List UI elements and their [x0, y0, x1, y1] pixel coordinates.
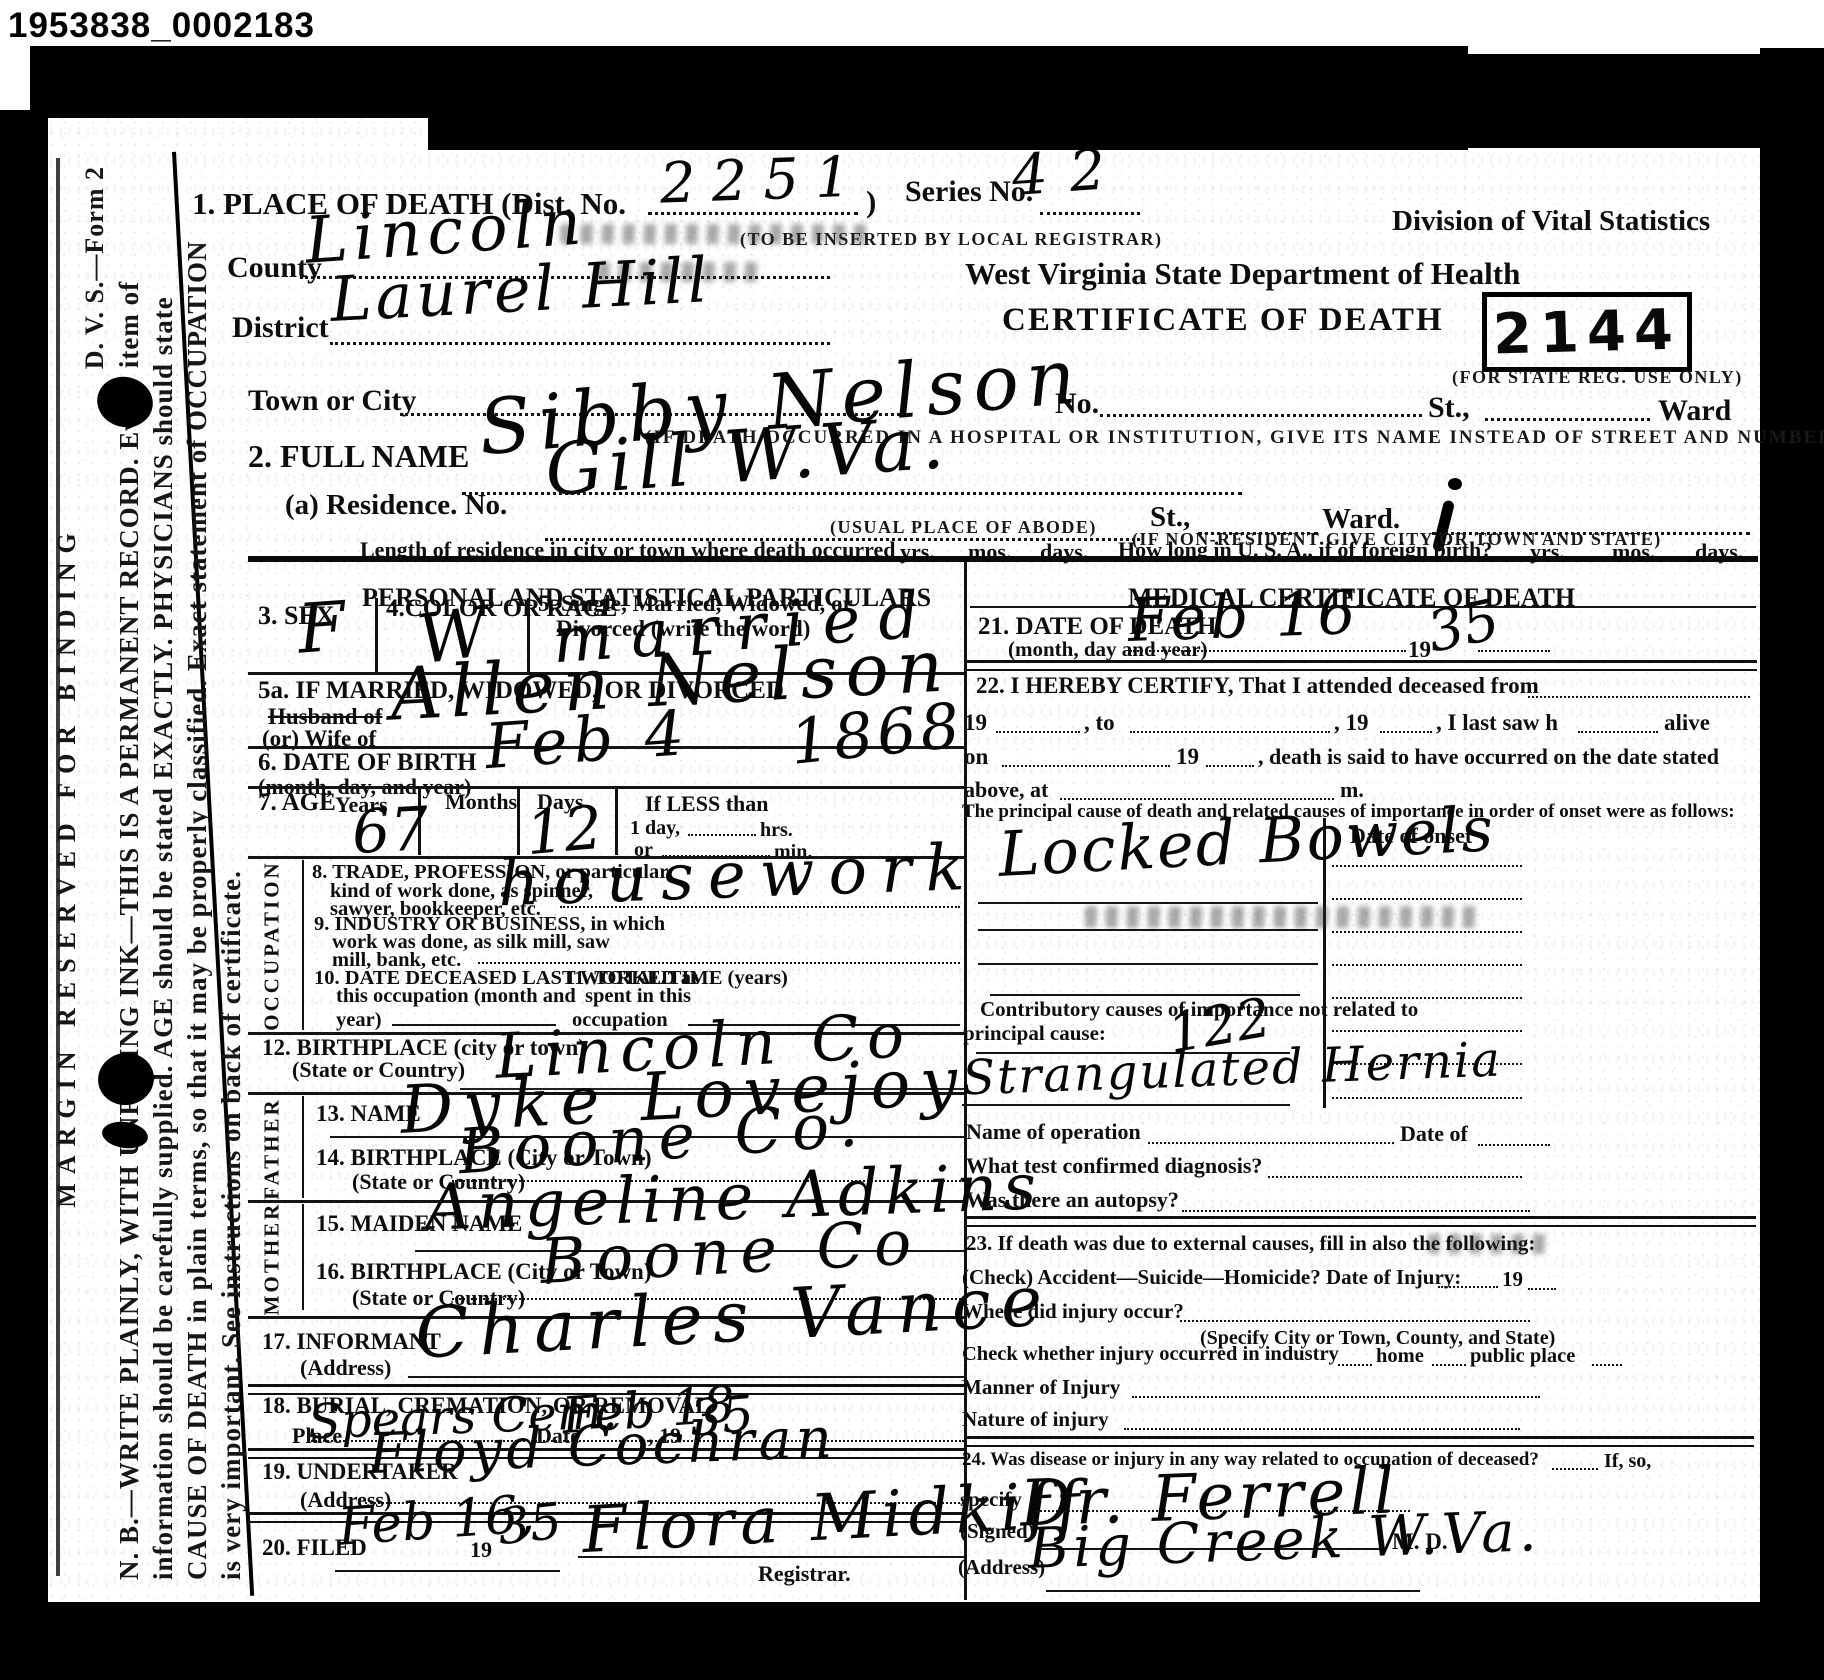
- cell-divider: [375, 598, 378, 672]
- onset-line: [1332, 1097, 1522, 1099]
- close-paren: ): [866, 186, 876, 219]
- section-rule: [964, 1436, 1754, 1447]
- leader-line: [1478, 1144, 1550, 1146]
- father-side-label: FATHER: [246, 1096, 298, 1200]
- ink-smudge: [1448, 478, 1462, 490]
- last-worked-label-l3: year): [336, 1010, 382, 1032]
- margin-nb-line2: information should be carefully supplied…: [148, 152, 179, 1580]
- leader-line: [1124, 1428, 1520, 1430]
- certify-alive-label: alive: [1664, 711, 1710, 735]
- if-less-label: If LESS than: [645, 792, 769, 815]
- manner-injury-label: Manner of Injury: [962, 1376, 1120, 1398]
- faded-stamp: [560, 224, 870, 244]
- leader-line: [1180, 1320, 1530, 1322]
- district-number-value: 2251: [659, 152, 867, 210]
- test-label: What test confirmed diagnosis?: [966, 1154, 1262, 1177]
- onset-line: [1332, 931, 1522, 933]
- onset-line: [1332, 898, 1522, 900]
- date-of-operation-label: Date of: [1400, 1122, 1468, 1145]
- scan-black-strip-left: [0, 110, 48, 1620]
- leader-line: [1268, 1176, 1522, 1178]
- leader-line: [1130, 731, 1330, 733]
- check-accident-label: (Check) Accident—Suicide—Homicide? Date …: [962, 1266, 1461, 1288]
- injury-public-label: public place: [1470, 1346, 1575, 1368]
- leader-line: [1338, 1364, 1372, 1366]
- district-label: District: [232, 312, 329, 344]
- scan-black-band-bottom: [0, 1602, 1772, 1680]
- certify-19b-label: , 19: [1334, 711, 1369, 735]
- residence-value: Gill W.Va.: [543, 410, 952, 503]
- physician-address-value: Big Creek W.Va.: [1027, 1507, 1541, 1575]
- dob-year-value: 1868: [788, 697, 967, 771]
- trade-value: housework: [497, 840, 979, 914]
- full-name-label: 2. FULL NAME: [248, 440, 469, 474]
- side-rule: [302, 1096, 304, 1198]
- margin-nb-line4: is very important. See instructions on b…: [216, 152, 247, 1580]
- scanned-death-certificate: { "doc_id": "1953838_0002183", "margin":…: [0, 0, 1824, 1680]
- row-rule: [248, 786, 964, 789]
- leader-line: [1100, 414, 1422, 417]
- leader-line: [1432, 1364, 1466, 1366]
- row-rule: [970, 606, 1756, 608]
- side-rule: [302, 1204, 304, 1310]
- margin-form-number: D. V. S.—Form 2: [80, 152, 110, 1580]
- district-value: Laurel Hill: [329, 252, 713, 328]
- contributory-label-l2: principal cause:: [963, 1022, 1106, 1044]
- one-day-label: 1 day,: [630, 818, 680, 839]
- registrar-label: Registrar.: [758, 1562, 851, 1585]
- division-title: Division of Vital Statistics: [1392, 206, 1710, 236]
- leader-line: [1380, 731, 1432, 733]
- faded-stamp: [1428, 1234, 1548, 1254]
- certify-above-label: above, at: [964, 778, 1048, 801]
- section-rule: [967, 660, 1757, 671]
- cause-line: [978, 963, 1318, 965]
- injury-19-label: 19: [1502, 1268, 1523, 1290]
- cause-of-death-value: Locked Bowels: [997, 801, 1496, 883]
- leader-line: [1060, 798, 1334, 800]
- ward-label: Ward: [1658, 395, 1731, 427]
- if-so-label: If, so,: [1604, 1451, 1651, 1472]
- underline: [1046, 1590, 1420, 1592]
- faded-stamp: [1085, 906, 1480, 928]
- leader-line: [1528, 696, 1750, 698]
- side-rule: [302, 860, 304, 1030]
- sex-value: F: [296, 596, 347, 660]
- dob-month-day-value: Feb 4: [483, 705, 692, 775]
- leader-line: [1132, 1396, 1540, 1398]
- leader-line: [996, 731, 1080, 733]
- operation-label: Name of operation: [966, 1120, 1141, 1143]
- st-label: St.,: [1428, 392, 1470, 424]
- scan-black-band-top-left: [30, 46, 430, 118]
- informant-label: 17. INFORMANT: [262, 1330, 441, 1354]
- state-reg-note: (FOR STATE REG. USE ONLY): [1452, 368, 1743, 386]
- certify-said-label: , death is said to have occurred on the …: [1258, 745, 1719, 768]
- certify-label: 22. I HEREBY CERTIFY, That I attended de…: [976, 674, 1539, 698]
- filed-19-label: 19: [470, 1538, 492, 1561]
- age-years-value: 67: [351, 802, 430, 860]
- certificate-number-box: 2144: [1482, 292, 1692, 372]
- nature-injury-label: Nature of injury: [962, 1408, 1109, 1430]
- contributory-cause-value: Strangulated Hernia: [961, 1039, 1502, 1101]
- document-id: 1953838_0002183: [8, 6, 315, 46]
- onset-line: [1332, 865, 1522, 867]
- leader-line: [1438, 1286, 1498, 1288]
- section-rule: [248, 556, 1758, 562]
- specify-label: specify: [960, 1488, 1022, 1510]
- series-no-value: 42: [1010, 144, 1128, 202]
- certify-19a-label: 19: [964, 711, 987, 735]
- date-of-death-value: Feb 16: [1127, 586, 1360, 648]
- section-rule: [964, 1216, 1756, 1227]
- dob-label: 6. DATE OF BIRTH: [258, 750, 477, 776]
- leader-line: [1528, 1288, 1556, 1290]
- scan-black-band-top-right: [1466, 54, 1772, 148]
- scan-black-strip-right: [1760, 48, 1824, 1680]
- binding-margin: MARGIN RESERVED FOR BINDING D. V. S.—For…: [52, 152, 254, 1580]
- leader-line: [1002, 765, 1170, 767]
- department-title: West Virginia State Department of Health: [965, 258, 1520, 291]
- where-injury-label: Where did injury occur?: [962, 1300, 1184, 1322]
- margin-nb-line3: CAUSE OF DEATH in plain terms, so that i…: [182, 152, 213, 1580]
- st2-label: St.,: [1150, 502, 1190, 532]
- underline: [578, 1556, 964, 1558]
- certify-lastsaw-label: , I last saw h: [1436, 711, 1558, 735]
- margin-nb-line1: N. B.—WRITE PLAINLY, WITH UNFADING INK—T…: [114, 152, 145, 1580]
- leader-line: [1552, 1468, 1598, 1470]
- residence-label: (a) Residence. No.: [285, 490, 507, 520]
- leader-line: [688, 834, 756, 836]
- injury-industry-label: Check whether injury occurred in industr…: [962, 1344, 1339, 1366]
- margin-binding-note: MARGIN RESERVED FOR BINDING: [52, 152, 82, 1580]
- age-label: 7. AGE: [258, 790, 336, 816]
- certificate-number: 2144: [1492, 297, 1681, 367]
- cause-line: [962, 1104, 1290, 1106]
- dod-19-label: 19: [1408, 638, 1431, 662]
- scan-black-band-top-middle: [428, 46, 1468, 150]
- onset-line: [1332, 964, 1522, 966]
- occupation-side-label: OCCUPATION: [246, 858, 298, 1032]
- leader-line: [330, 342, 830, 345]
- cause-line: [978, 929, 1318, 931]
- leader-line: [1040, 212, 1140, 215]
- injury-home-label: home: [1376, 1346, 1424, 1368]
- town-or-city-label: Town or City: [248, 385, 416, 417]
- leader-line: [1206, 765, 1254, 767]
- last-worked-label-l2: this occupation (month and: [336, 986, 576, 1008]
- certify-to-label: , to: [1084, 711, 1115, 735]
- leader-line: [1592, 1364, 1622, 1366]
- certify-m-label: m.: [1340, 778, 1364, 801]
- leader-line: [1478, 650, 1550, 652]
- leader-line: [1485, 418, 1650, 421]
- leader-line: [1130, 650, 1406, 652]
- total-time-label-l2: spent in this: [585, 986, 691, 1008]
- age-months-label: Months: [445, 790, 517, 813]
- leader-line: [478, 962, 960, 964]
- autopsy-label: Was there an autopsy?: [966, 1188, 1179, 1211]
- leader-line: [1182, 1210, 1530, 1212]
- abode-note: (USUAL PLACE OF ABODE): [830, 518, 1097, 536]
- leader-line: [648, 212, 858, 215]
- underline: [335, 1570, 560, 1572]
- undertaker-value: Floyd Cochran: [367, 1414, 836, 1481]
- leader-line: [1148, 1142, 1394, 1144]
- informant-address-label: (Address): [300, 1356, 391, 1379]
- filed-year-value: 35: [496, 1499, 564, 1550]
- cell-divider: [517, 786, 520, 855]
- certify-19c-label: 19: [1176, 745, 1199, 769]
- certify-on-label: on: [964, 745, 988, 769]
- leader-line: [1578, 731, 1658, 733]
- mother-side-label: MOTHER: [246, 1204, 298, 1312]
- cause-line: [978, 902, 1318, 904]
